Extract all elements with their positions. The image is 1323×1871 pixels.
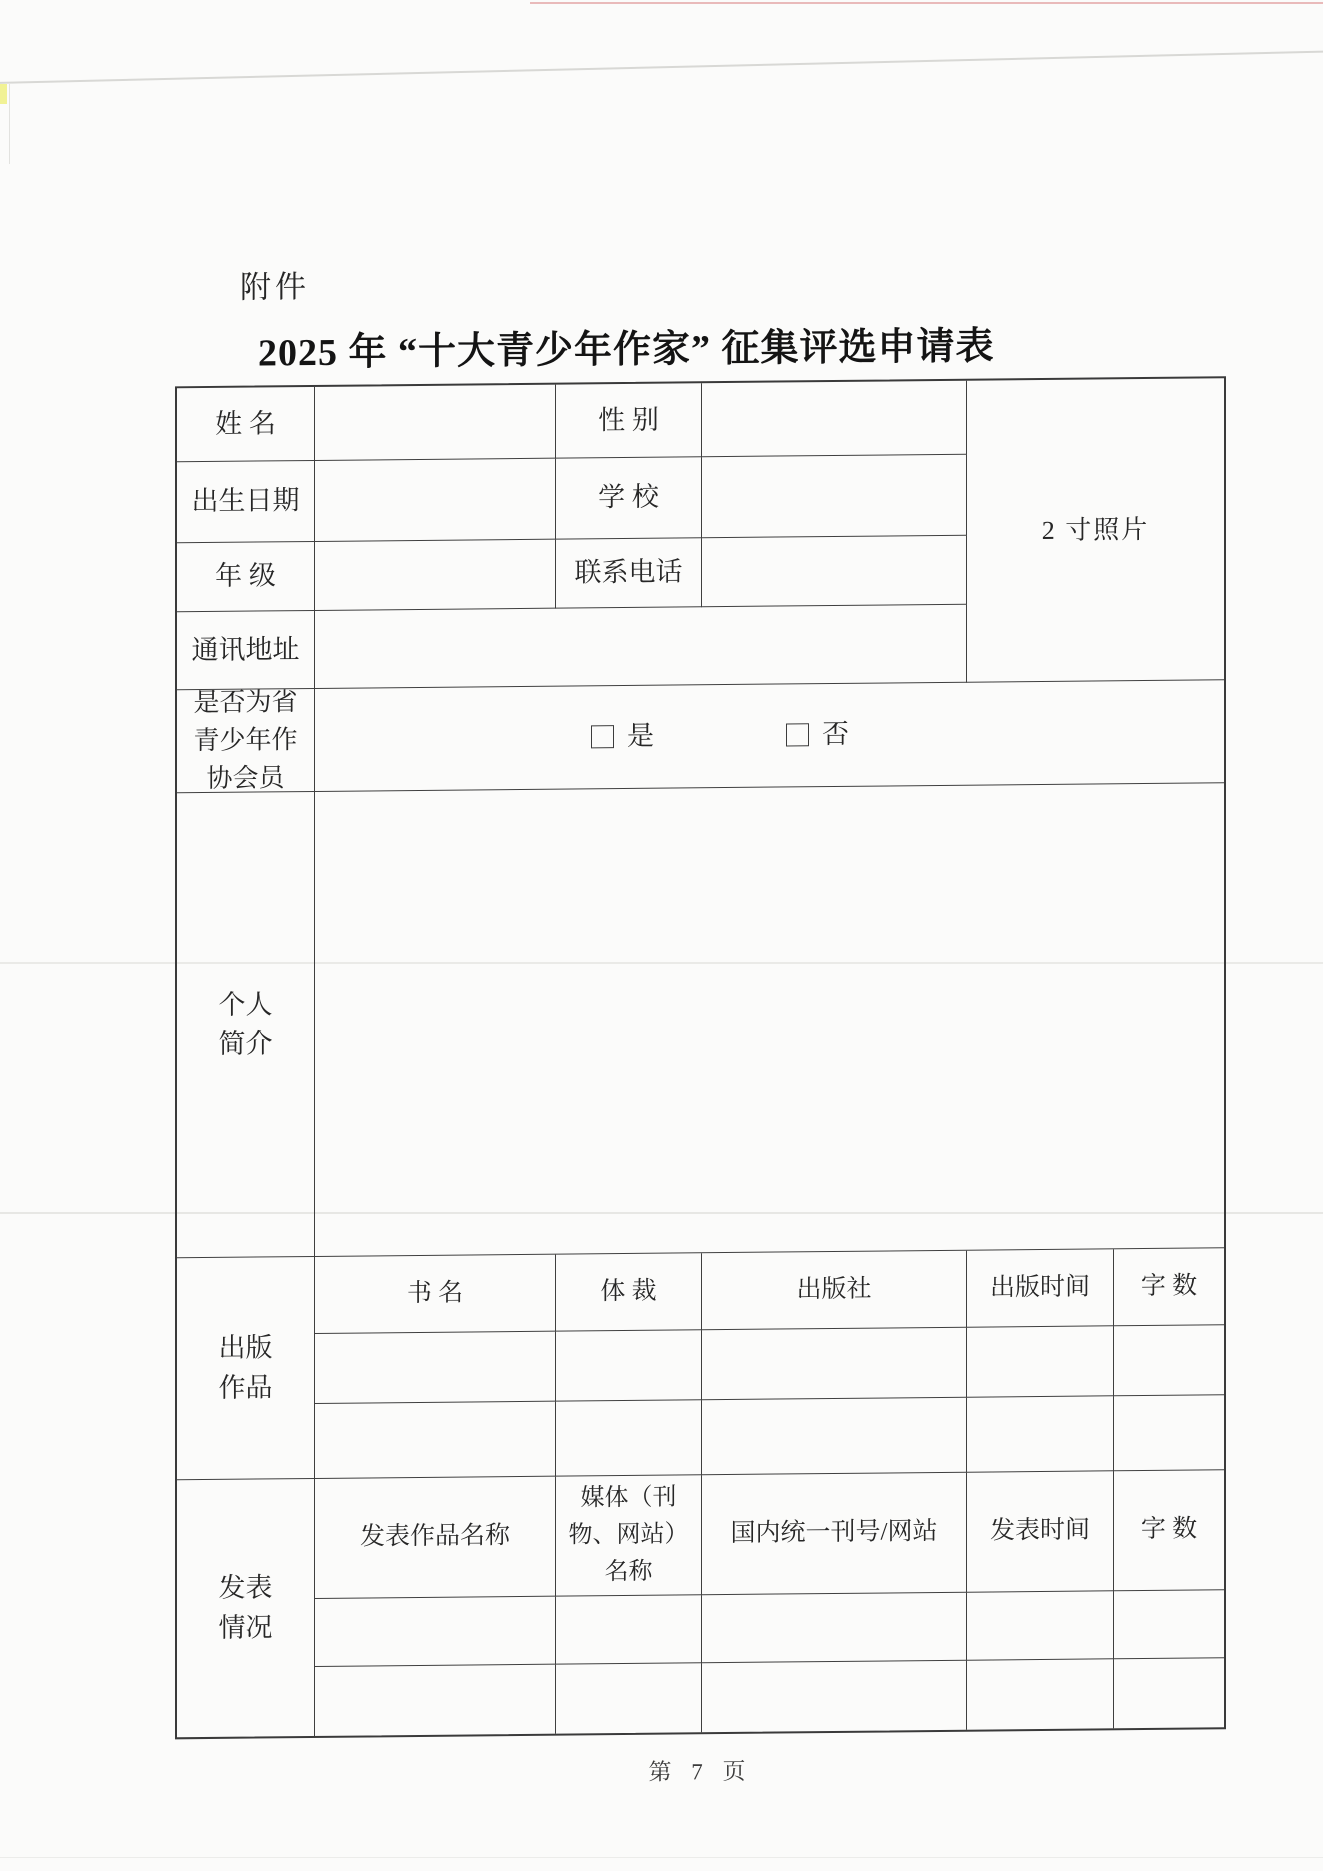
name-label-cell: 姓 名 bbox=[177, 387, 315, 462]
publications-empty-cell bbox=[1114, 1658, 1224, 1728]
birthdate-label-cell: 出生日期 bbox=[177, 461, 315, 543]
header-book-title: 书 名 bbox=[315, 1255, 556, 1334]
header-publication-date: 发表时间 bbox=[967, 1471, 1114, 1592]
publications-empty-cell bbox=[967, 1659, 1114, 1729]
header-word-count: 字 数 bbox=[1114, 1248, 1224, 1326]
grade-value-cell bbox=[315, 540, 556, 611]
published-works-empty-cell bbox=[556, 1330, 702, 1401]
publications-empty-cell bbox=[556, 1595, 702, 1664]
address-label-cell: 通讯地址 bbox=[177, 611, 315, 690]
name-value-cell bbox=[315, 385, 556, 461]
header-word-count-2: 字 数 bbox=[1114, 1470, 1224, 1591]
bio-value-cell bbox=[315, 783, 1224, 1257]
school-value-cell bbox=[702, 455, 967, 539]
membership-yes-option: 是 bbox=[591, 717, 654, 757]
membership-yes-label: 是 bbox=[627, 717, 654, 756]
published-works-empty-cell bbox=[1114, 1325, 1224, 1396]
grade-label-cell: 年 级 bbox=[177, 542, 315, 612]
attachment-label: 附件 bbox=[240, 261, 310, 307]
publications-empty-cell bbox=[702, 1661, 967, 1733]
header-published-work-title: 发表作品名称 bbox=[315, 1477, 556, 1599]
published-works-empty-cell bbox=[967, 1326, 1114, 1397]
checkbox-no-icon bbox=[786, 724, 809, 747]
published-works-empty-cell bbox=[315, 1402, 556, 1479]
membership-question-label-cell: 是否为省 青少年作 协会员 bbox=[177, 689, 315, 793]
header-publish-date: 出版时间 bbox=[967, 1249, 1114, 1327]
published-works-empty-cell bbox=[702, 1398, 967, 1476]
published-works-empty-cell bbox=[702, 1328, 967, 1401]
publications-empty-cell bbox=[315, 1665, 556, 1736]
membership-no-option: 否 bbox=[786, 715, 849, 755]
phone-value-cell bbox=[702, 536, 967, 608]
publications-empty-cell bbox=[1114, 1590, 1224, 1659]
school-label-cell: 学 校 bbox=[556, 457, 702, 539]
scanned-document-page: 附件 2025 年 “十大青少年作家” 征集评选申请表 姓 名 性 别 2 寸照… bbox=[0, 0, 1323, 1871]
address-value-cell bbox=[315, 605, 967, 689]
published-works-empty-cell bbox=[1114, 1395, 1224, 1471]
header-genre: 体 裁 bbox=[556, 1253, 702, 1331]
header-issn-website: 国内统一刊号/网站 bbox=[702, 1473, 967, 1596]
published-works-empty-cell bbox=[315, 1332, 556, 1404]
published-works-section-label-cell: 出版 作品 bbox=[177, 1257, 315, 1480]
publications-empty-cell bbox=[967, 1591, 1114, 1660]
published-works-empty-cell bbox=[556, 1400, 702, 1476]
bio-label-cell: 个人 简介 bbox=[177, 792, 315, 1258]
header-media-name: 媒体（刊 物、网站） 名称 bbox=[556, 1475, 702, 1596]
gender-label-cell: 性 别 bbox=[556, 383, 702, 458]
phone-label-cell: 联系电话 bbox=[556, 538, 702, 608]
publications-empty-cell bbox=[315, 1597, 556, 1667]
birthdate-value-cell bbox=[315, 459, 556, 542]
publications-empty-cell bbox=[556, 1663, 702, 1733]
page-number: 第 7 页 bbox=[175, 1748, 1226, 1791]
gender-value-cell bbox=[702, 381, 967, 458]
published-works-empty-cell bbox=[967, 1396, 1114, 1472]
application-form-table: 姓 名 性 别 2 寸照片 出生日期 学 校 年 级 联系电话 通讯地址 是否为… bbox=[175, 376, 1226, 1739]
publications-section-label-cell: 发表 情况 bbox=[177, 1479, 315, 1737]
publications-empty-cell bbox=[702, 1593, 967, 1664]
header-publisher: 出版社 bbox=[702, 1251, 967, 1331]
checkbox-yes-icon bbox=[591, 726, 614, 749]
photo-cell: 2 寸照片 bbox=[967, 378, 1224, 682]
membership-no-label: 否 bbox=[822, 715, 849, 754]
page-title: 2025 年 “十大青少年作家” 征集评选申请表 bbox=[258, 315, 958, 377]
membership-answer-cell: 是 否 bbox=[315, 680, 1224, 792]
